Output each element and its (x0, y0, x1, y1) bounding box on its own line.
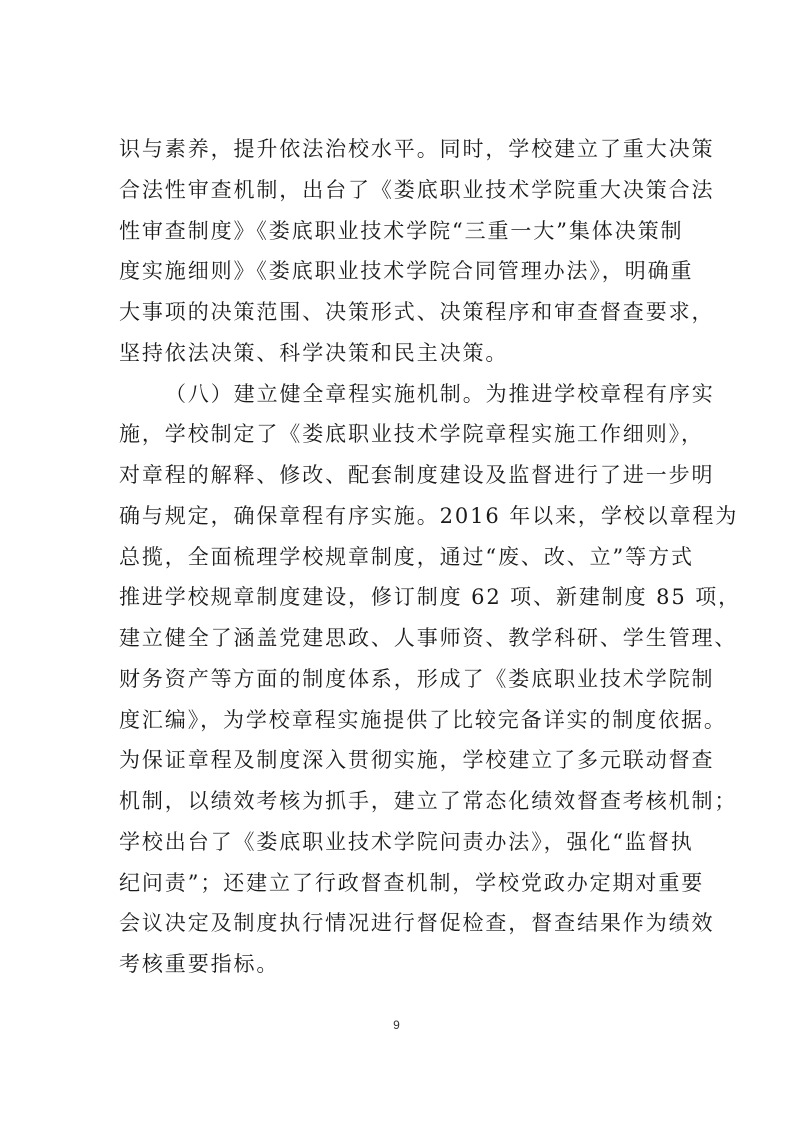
text-line: 识与素养，提升依法治校水平。同时，学校建立了重大决策 (119, 129, 679, 170)
paragraph-charter-implementation: （八）建立健全章程实施机制。为推进学校章程有序实 施，学校制定了《娄底职业技术学… (119, 374, 679, 985)
body-text: 识与素养，提升依法治校水平。同时，学校建立了重大决策 合法性审查机制，出台了《娄… (119, 129, 679, 985)
text-line: 合法性审查机制，出台了《娄底职业技术学院重大决策合法 (119, 170, 679, 211)
text-line: 推进学校规章制度建设，修订制度 62 项、新建制度 85 项， (119, 577, 679, 618)
text-line: 会议决定及制度执行情况进行督促检查，督查结果作为绩效 (119, 903, 679, 944)
paragraph-decision-mechanism: 识与素养，提升依法治校水平。同时，学校建立了重大决策 合法性审查机制，出台了《娄… (119, 129, 679, 374)
text-line: 度汇编》，为学校章程实施提供了比较完备详实的制度依据。 (119, 700, 679, 741)
text-line: 度实施细则》《娄底职业技术学院合同管理办法》，明确重 (119, 251, 679, 292)
section-heading-line: （八）建立健全章程实施机制。为推进学校章程有序实 (119, 374, 679, 415)
text-line: 纪问责”；还建立了行政督查机制，学校党政办定期对重要 (119, 863, 679, 904)
document-page: 识与素养，提升依法治校水平。同时，学校建立了重大决策 合法性审查机制，出台了《娄… (0, 0, 793, 1122)
text-line: 施，学校制定了《娄底职业技术学院章程实施工作细则》， (119, 414, 679, 455)
page-number: 9 (0, 1018, 793, 1032)
text-line: 为保证章程及制度深入贯彻实施，学校建立了多元联动督查 (119, 740, 679, 781)
text-line: 财务资产等方面的制度体系，形成了《娄底职业技术学院制 (119, 659, 679, 700)
text-line: 考核重要指标。 (119, 944, 679, 985)
text-line: 建立健全了涵盖党建思政、人事师资、教学科研、学生管理、 (119, 618, 679, 659)
text-line: 学校出台了《娄底职业技术学院问责办法》，强化“监督执 (119, 822, 679, 863)
text-line: 对章程的解释、修改、配套制度建设及监督进行了进一步明 (119, 455, 679, 496)
text-line: 性审查制度》《娄底职业技术学院“三重一大”集体决策制 (119, 211, 679, 252)
text-line: 大事项的决策范围、决策形式、决策程序和审查督查要求， (119, 292, 679, 333)
text-line: 机制，以绩效考核为抓手，建立了常态化绩效督查考核机制； (119, 781, 679, 822)
text-line: 确与规定，确保章程有序实施。2016 年以来，学校以章程为 (119, 496, 679, 537)
text-line: 坚持依法决策、科学决策和民主决策。 (119, 333, 679, 374)
text-line: 总揽，全面梳理学校规章制度，通过“废、改、立”等方式 (119, 537, 679, 578)
